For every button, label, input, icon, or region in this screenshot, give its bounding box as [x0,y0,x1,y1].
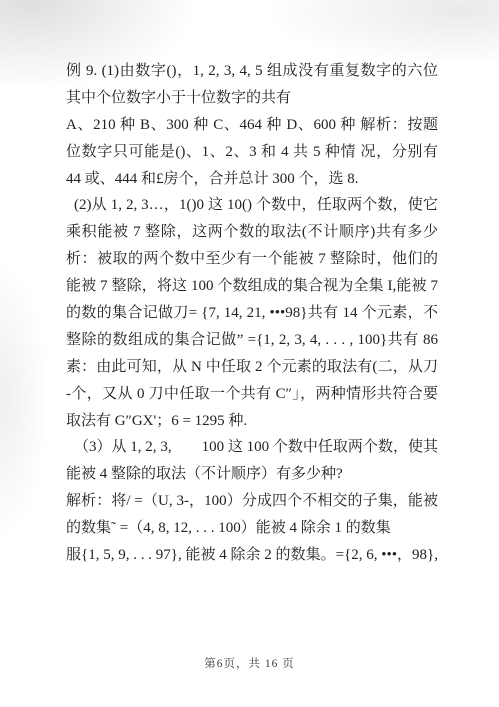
text-line: 整除的数组成的集合记做” ={1, 2, 3, 4, . . . , 100}共… [66,327,438,354]
text-line: A、210 种 B、300 种 C、464 种 D、600 种 解析：按题意，个 [66,112,438,139]
text-line: 其中个位数字小于十位数字的共有 [66,85,438,112]
text-line: 析：被取的两个数中至少有一个能被 7 整除时，他们的乘积 就 [66,246,438,273]
text-line: 服{1, 5, 9, . . . 97}, 能被 4 除余 2 的数集。={2,… [66,542,438,569]
text-line: 能被 4 整除的取法（不计顺序）有多少种? [66,461,438,488]
text-block: 例 9. (1)由数字()，1, 2, 3, 4, 5 组成没有重复数字的六位 … [66,58,438,569]
text-line: -个，又从 0 刀中任取一个共有 C″」，两种情形共符合要求 的 [66,381,438,408]
text-line: 44 或、444 和£房个，合并总计 300 个，选 8. [66,166,438,193]
text-line: 位数字只可能是()、1、2、3 和 4 共 5 种情 况，分别有或、444 > [66,139,438,166]
page-number-footer: 第6页，共 16 页 [0,655,499,671]
text-line: 解析：将/ =（U, 3-，100）分成四个不相交的子集，能被 4 整除 [66,488,438,515]
document-page: 例 9. (1)由数字()，1, 2, 3, 4, 5 组成没有重复数字的六位 … [0,0,499,707]
text-line: (2)从 1, 2, 3…，1()0 这 10() 个数中，任取两个数，使它们 … [66,192,438,219]
text-line: 取法有 G″GX'；6 = 1295 种. [66,408,438,435]
text-line: （3）从 1, 2, 3, 100 这 100 个数中任取两个数，使其和 [66,434,438,461]
text-line: 能被 7 整除，将这 100 个数组成的集合视为全集 I,能被 7 整除 [66,273,438,300]
text-line: 例 9. (1)由数字()，1, 2, 3, 4, 5 组成没有重复数字的六位 … [66,58,438,85]
text-line: 素：由此可知，从 N 中任取 2 个元素的取法有(二，从刀中任 取 [66,354,438,381]
text-line: 的数的集合记做刀= {7, 14, 21, •••98}共有 14 个元素，不能… [66,300,438,327]
text-line: 的数集˜ =（4, 8, 12, . . . 100）能被 4 除余 1 的数集 [66,515,438,542]
text-line: 乘积能被 7 整除，这两个数的取法(不计顺序)共有多少种？ 解 [66,219,438,246]
